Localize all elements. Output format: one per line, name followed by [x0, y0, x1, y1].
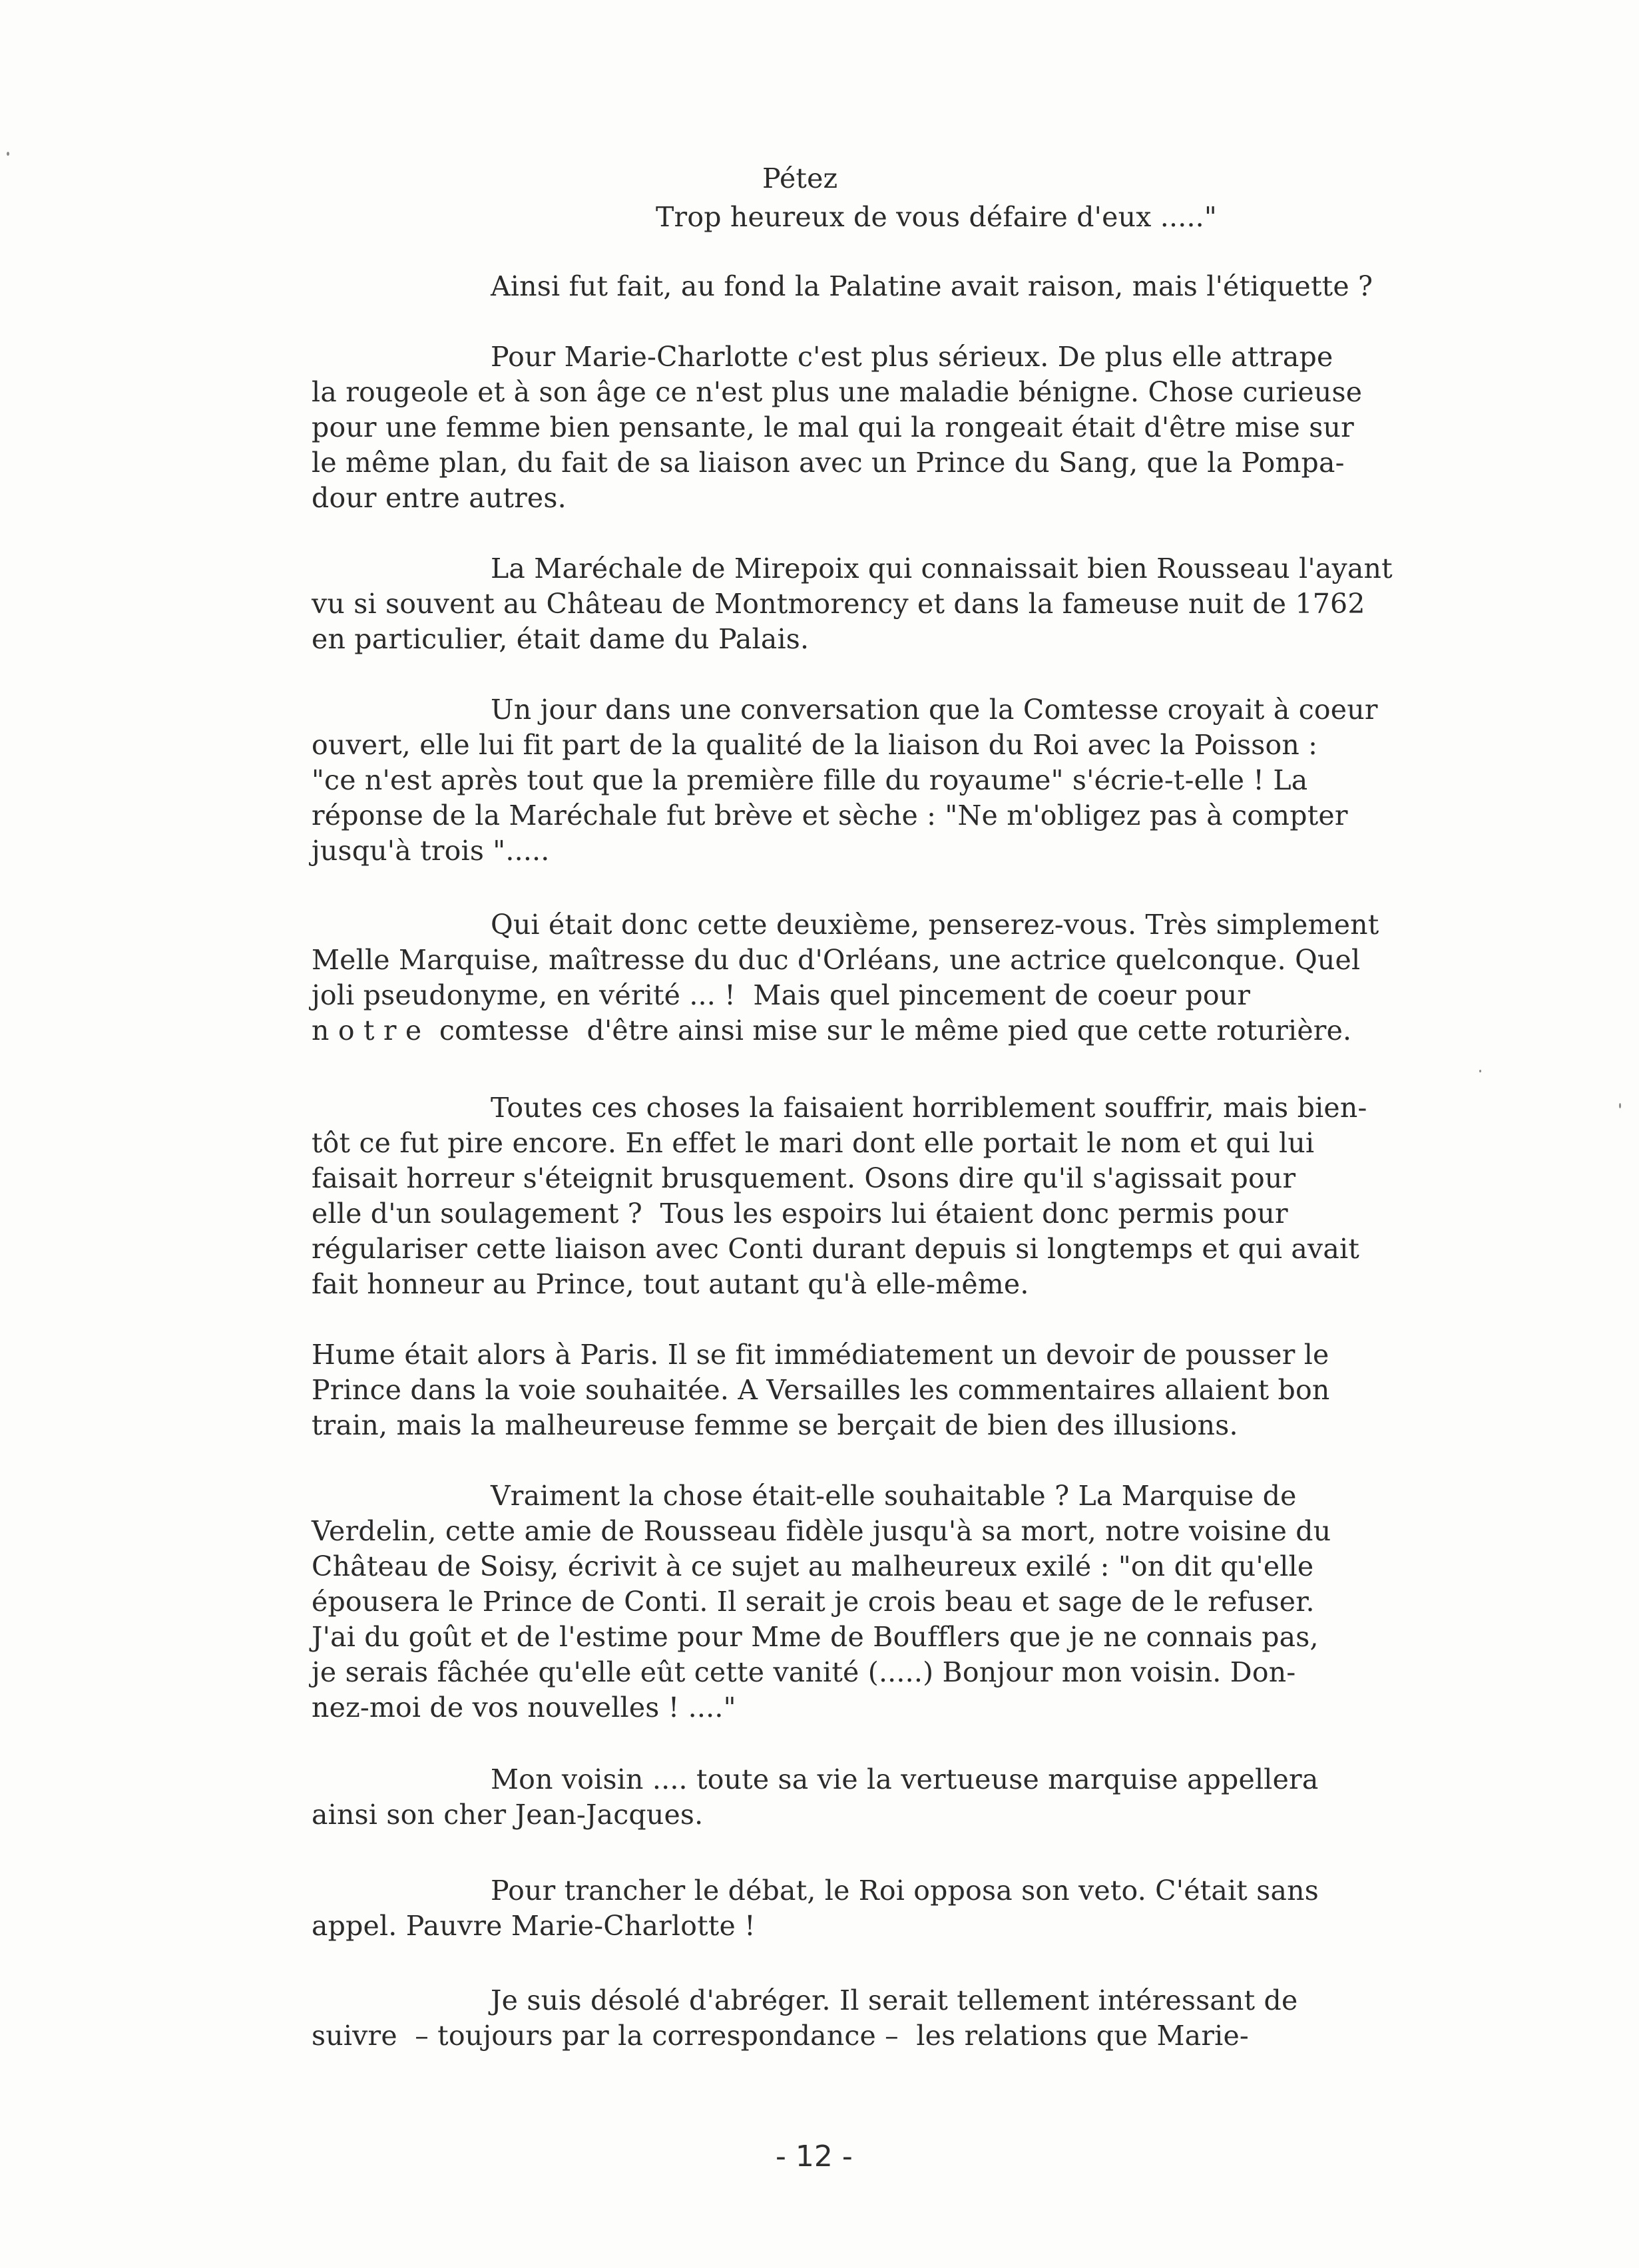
scan-speck — [1619, 1103, 1621, 1108]
paragraph-line: train, mais la malheureuse femme se berç… — [312, 1409, 1238, 1441]
paragraph-line: Mon voisin .... toute sa vie la vertueus… — [491, 1763, 1319, 1795]
paragraph-line: Hume était alors à Paris. Il se fit immé… — [312, 1339, 1329, 1371]
paragraph-line: Melle Marquise, maîtresse du duc d'Orléa… — [312, 944, 1360, 976]
paragraph-line: Toutes ces choses la faisaient horriblem… — [491, 1092, 1367, 1124]
paragraph-line: jusqu'à trois "..... — [312, 835, 550, 867]
paragraph-line: tôt ce fut pire encore. En effet le mari… — [312, 1127, 1314, 1159]
paragraph-line: fait honneur au Prince, tout autant qu'à… — [312, 1268, 1029, 1300]
paragraph-line: appel. Pauvre Marie-Charlotte ! — [312, 1910, 756, 1942]
page-number: - 12 - — [776, 2140, 853, 2173]
paragraph-line: ouvert, elle lui fit part de la qualité … — [312, 729, 1317, 761]
scan-speck — [1479, 1070, 1481, 1072]
paragraph-line: épousera le Prince de Conti. Il serait j… — [312, 1586, 1315, 1618]
paragraph-line: Ainsi fut fait, au fond la Palatine avai… — [491, 270, 1373, 302]
document-page: Pétez Trop heureux de vous défaire d'eux… — [0, 0, 1639, 2268]
paragraph-line: régulariser cette liaison avec Conti dur… — [312, 1233, 1359, 1265]
paragraph-line: ainsi son cher Jean-Jacques. — [312, 1799, 703, 1831]
paragraph-line: Je suis désolé d'abréger. Il serait tell… — [491, 1984, 1297, 2016]
paragraph-line: le même plan, du fait de sa liaison avec… — [312, 447, 1345, 479]
paragraph-line: Vraiment la chose était-elle souhaitable… — [491, 1480, 1297, 1512]
quote-line-trop-heureux: Trop heureux de vous défaire d'eux .....… — [656, 201, 1217, 233]
paragraph-line: elle d'un soulagement ? Tous les espoirs… — [312, 1198, 1288, 1230]
quote-line-petez: Pétez — [762, 162, 837, 194]
paragraph-line: J'ai du goût et de l'estime pour Mme de … — [312, 1621, 1319, 1653]
paragraph-line: Pour trancher le débat, le Roi opposa so… — [491, 1875, 1319, 1907]
paragraph-line: en particulier, était dame du Palais. — [312, 623, 809, 655]
paragraph-line: réponse de la Maréchale fut brève et sèc… — [312, 799, 1348, 831]
paragraph-line: dour entre autres. — [312, 482, 567, 514]
paragraph-line: je serais fâchée qu'elle eût cette vanit… — [312, 1656, 1295, 1688]
scan-speck — [7, 152, 9, 156]
paragraph-line: la rougeole et à son âge ce n'est plus u… — [312, 376, 1362, 408]
paragraph-line: Château de Soisy, écrivit à ce sujet au … — [312, 1550, 1313, 1582]
paragraph-line: La Maréchale de Mirepoix qui connaissait… — [491, 553, 1393, 584]
paragraph-line: n o t r e comtesse d'être ainsi mise sur… — [312, 1015, 1351, 1046]
paragraph-line: Pour Marie-Charlotte c'est plus sérieux.… — [491, 341, 1333, 373]
paragraph-line: nez-moi de vos nouvelles ! ...." — [312, 1692, 736, 1723]
paragraph-line: faisait horreur s'éteignit brusquement. … — [312, 1162, 1295, 1194]
paragraph-line: Verdelin, cette amie de Rousseau fidèle … — [312, 1515, 1331, 1547]
paragraph-line: suivre – toujours par la correspondance … — [312, 2020, 1249, 2052]
paragraph-line: Qui était donc cette deuxième, penserez-… — [491, 909, 1379, 941]
paragraph-line: joli pseudonyme, en vérité ... ! Mais qu… — [312, 979, 1250, 1011]
paragraph-line: "ce n'est après tout que la première fil… — [312, 764, 1307, 796]
paragraph-line: vu si souvent au Château de Montmorency … — [312, 588, 1365, 620]
paragraph-line: pour une femme bien pensante, le mal qui… — [312, 411, 1354, 443]
paragraph-line: Prince dans la voie souhaitée. A Versail… — [312, 1374, 1329, 1406]
paragraph-line: Un jour dans une conversation que la Com… — [491, 694, 1378, 726]
